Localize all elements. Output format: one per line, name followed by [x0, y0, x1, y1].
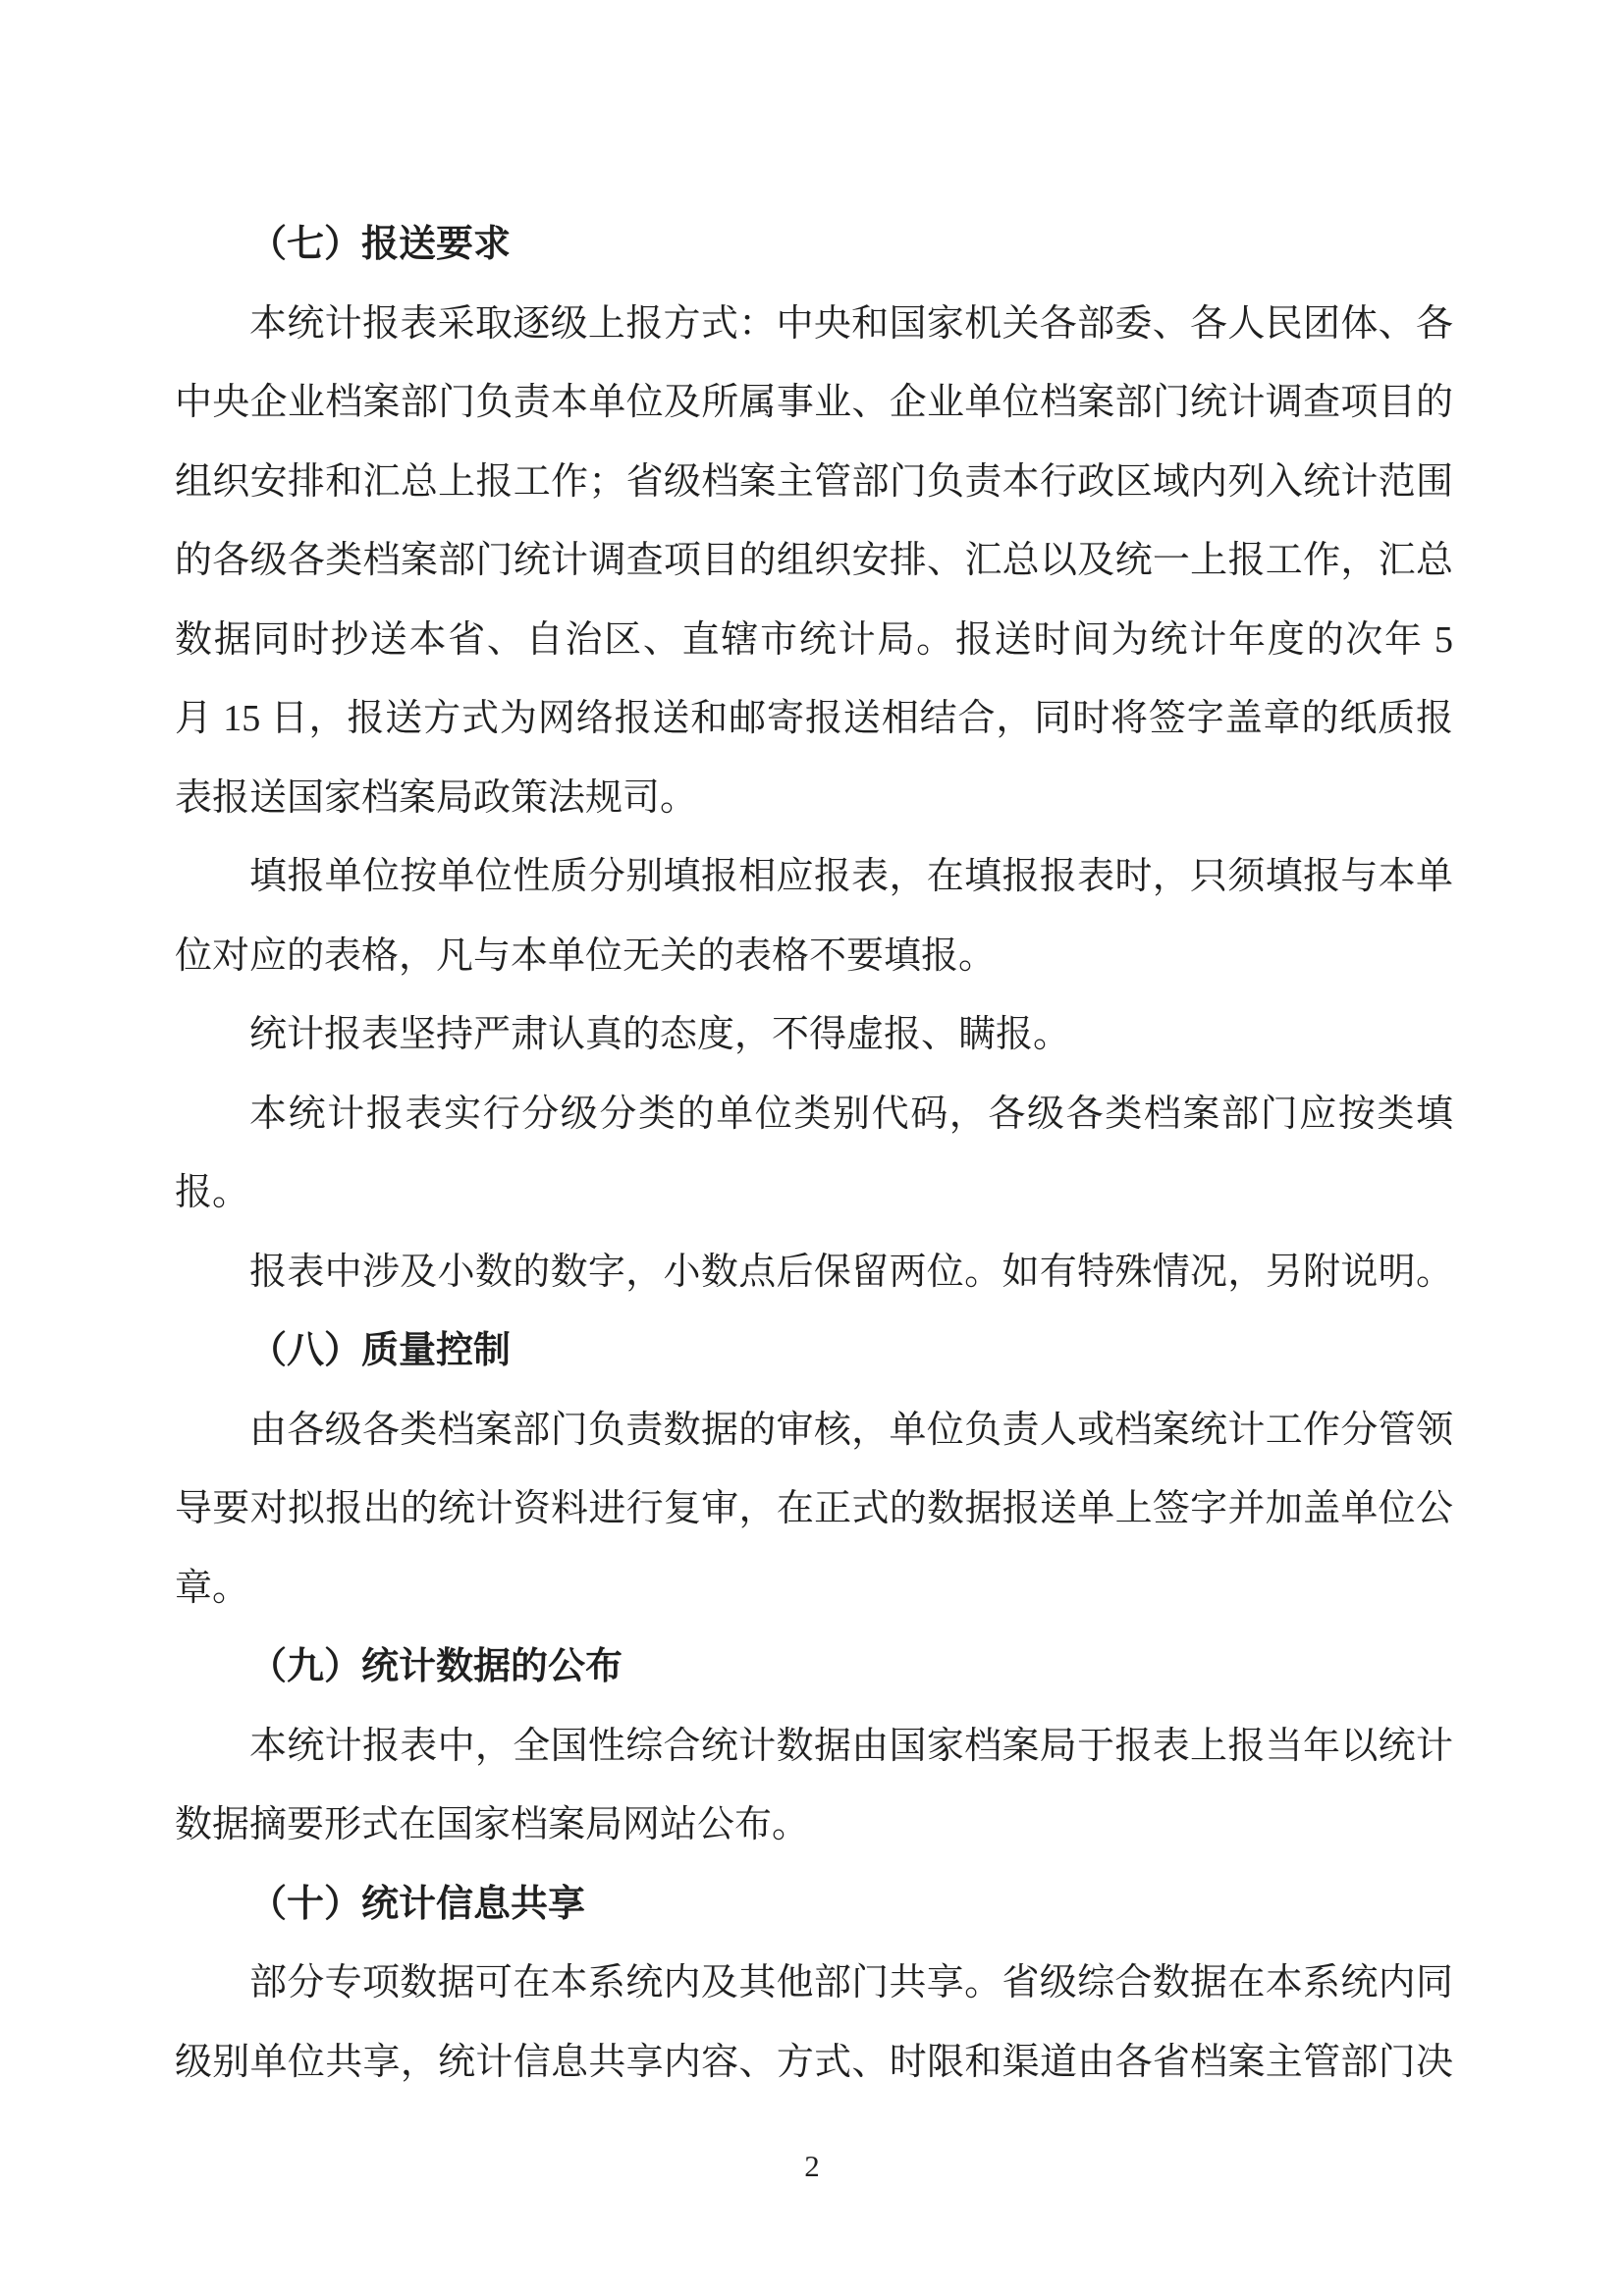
body-line: 章。	[175, 1549, 1453, 1629]
body-line: 级别单位共享，统计信息共享内容、方式、时限和渠道由各省档案主管部门决	[175, 2023, 1453, 2103]
body-line: 数据同时抄送本省、自治区、直辖市统计局。报送时间为统计年度的次年 5	[175, 601, 1453, 680]
body-line: 本统计报表实行分级分类的单位类别代码，各级各类档案部门应按类填	[175, 1075, 1453, 1154]
body-line: 报。	[175, 1153, 1453, 1233]
body-line: 导要对拟报出的统计资料进行复审，在正式的数据报送单上签字并加盖单位公	[175, 1469, 1453, 1549]
body-line: 位对应的表格，凡与本单位无关的表格不要填报。	[175, 917, 1453, 996]
body-line: 月 15 日，报送方式为网络报送和邮寄报送相结合，同时将签字盖章的纸质报	[175, 679, 1453, 759]
body-line: 本统计报表采取逐级上报方式：中央和国家机关各部委、各人民团体、各	[175, 285, 1453, 364]
body-line: 组织安排和汇总上报工作；省级档案主管部门负责本行政区域内列入统计范围	[175, 443, 1453, 522]
body-line: 本统计报表中，全国性综合统计数据由国家档案局于报表上报当年以统计	[175, 1707, 1453, 1787]
body-line: 由各级各类档案部门负责数据的审核，单位负责人或档案统计工作分管领	[175, 1391, 1453, 1470]
body-line: 中央企业档案部门负责本单位及所属事业、企业单位档案部门统计调查项目的	[175, 363, 1453, 443]
section-heading: （九）统计数据的公布	[175, 1628, 1453, 1707]
body-line: 报表中涉及小数的数字，小数点后保留两位。如有特殊情况，另附说明。	[175, 1233, 1453, 1312]
body-line: 部分专项数据可在本系统内及其他部门共享。省级综合数据在本系统内同	[175, 1944, 1453, 2023]
body-line: 数据摘要形式在国家档案局网站公布。	[175, 1786, 1453, 1865]
section-heading: （八）质量控制	[175, 1311, 1453, 1391]
body-line: 表报送国家档案局政策法规司。	[175, 759, 1453, 838]
section-heading: （十）统计信息共享	[175, 1865, 1453, 1945]
document-body: （七）报送要求本统计报表采取逐级上报方式：中央和国家机关各部委、各人民团体、各中…	[175, 205, 1453, 2102]
body-line: 填报单位按单位性质分别填报相应报表，在填报报表时，只须填报与本单	[175, 837, 1453, 917]
document-page: （七）报送要求本统计报表采取逐级上报方式：中央和国家机关各部委、各人民团体、各中…	[0, 0, 1624, 2296]
section-heading: （七）报送要求	[175, 205, 1453, 285]
body-line: 统计报表坚持严肃认真的态度，不得虚报、瞒报。	[175, 995, 1453, 1075]
body-line: 的各级各类档案部门统计调查项目的组织安排、汇总以及统一上报工作，汇总	[175, 521, 1453, 601]
page-number: 2	[0, 2145, 1624, 2188]
